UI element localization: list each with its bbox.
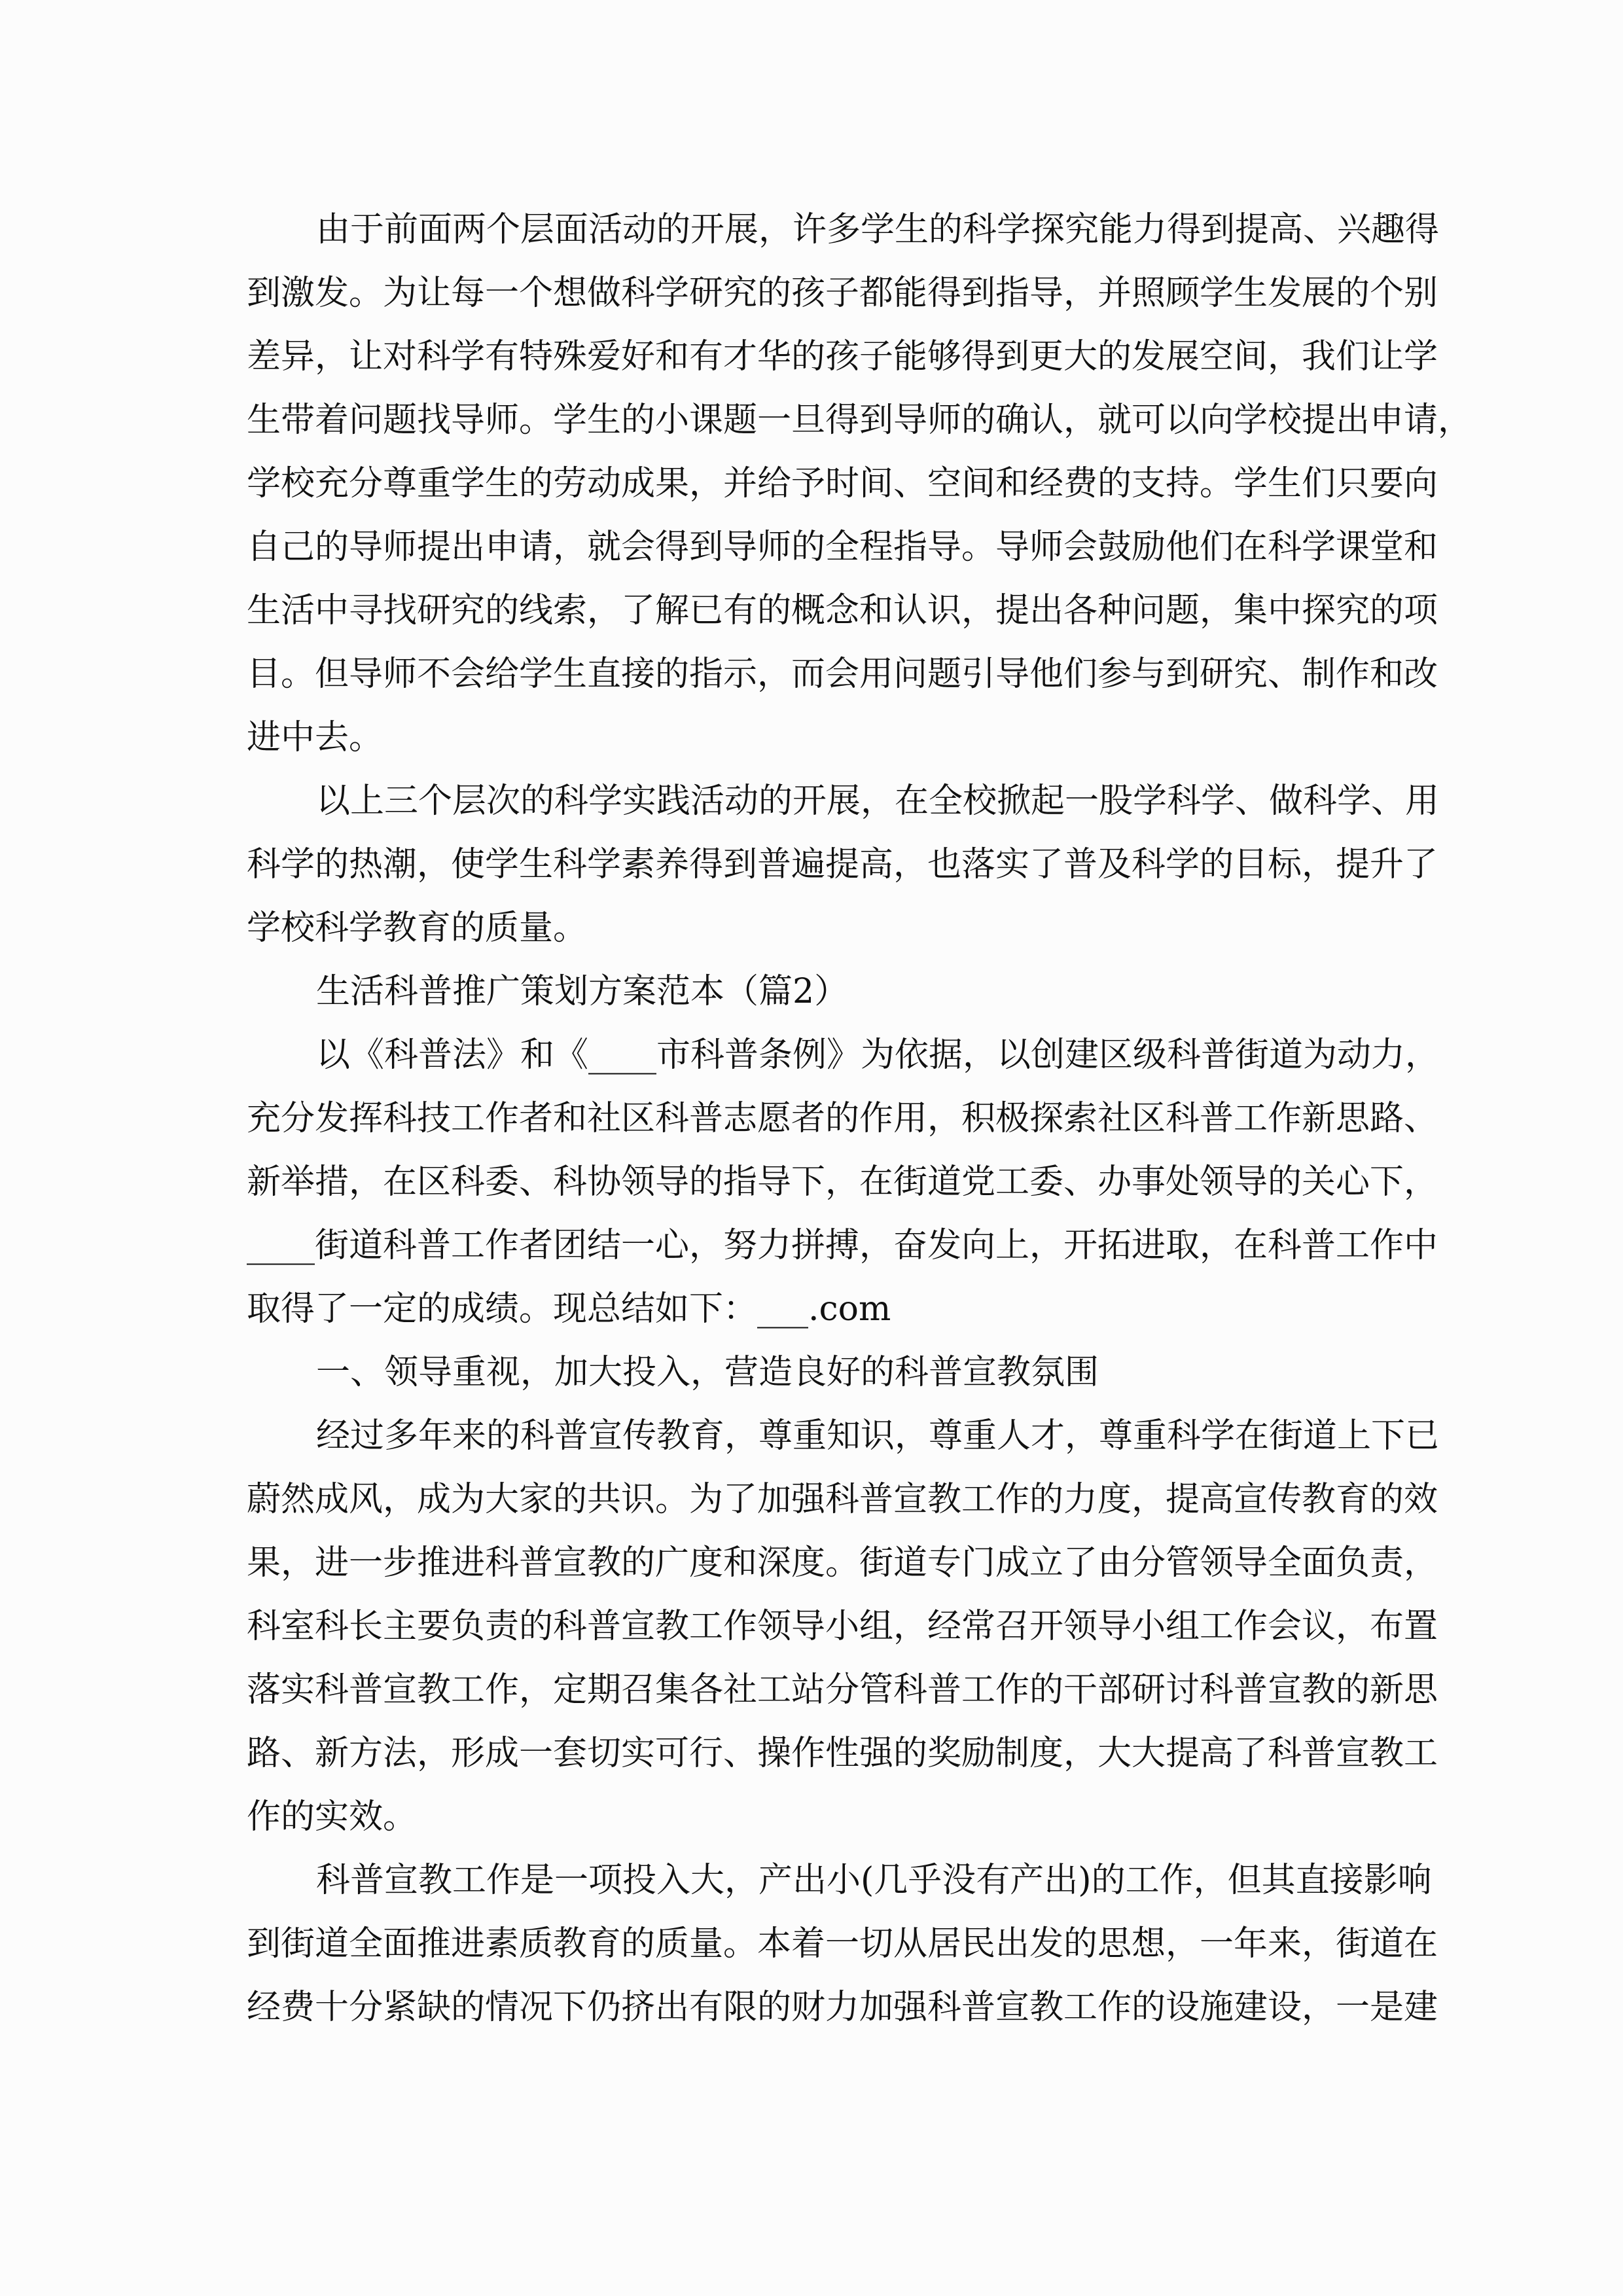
paragraph-intro-basis: 以《科普法》和《____市科普条例》为依据，以创建区级科普街道为动力， 充分发挥… xyxy=(247,1024,1379,1341)
section-heading-leadership: 一、领导重视，加大投入，营造良好的科普宣教氛围 xyxy=(247,1341,1379,1405)
section-heading-text: 一、领导重视，加大投入，营造良好的科普宣教氛围 xyxy=(247,1341,1379,1405)
text-line: 进中去。 xyxy=(247,706,1379,770)
text-line: 果，进一步推进科普宣教的广度和深度。街道专门成立了由分管领导全面负责， xyxy=(247,1532,1376,1595)
text-line: 生活中寻找研究的线索，了解已有的概念和认识，提出各种问题，集中探究的项 xyxy=(247,579,1376,643)
text-line: 落实科普宣教工作，定期召集各社工站分管科普工作的干部研讨科普宣教的新思 xyxy=(247,1659,1376,1722)
paragraph-three-levels-summary: 以上三个层次的科学实践活动的开展，在全校掀起一股学科学、做科学、用 科学的热潮，… xyxy=(247,770,1379,960)
text-line: 科普宣教工作是一项投入大，产出小(几乎没有产出)的工作，但其直接影响 xyxy=(247,1849,1376,1912)
text-line: 由于前面两个层面活动的开展，许多学生的科学探究能力得到提高、兴趣得 xyxy=(247,198,1376,262)
text-line: 取得了一定的成绩。现总结如下：___.com xyxy=(247,1278,1379,1341)
text-line: 经费十分紧缺的情况下仍挤出有限的财力加强科普宣教工作的设施建设，一是建 xyxy=(247,1976,1376,2039)
text-line: 作的实效。 xyxy=(247,1785,1379,1849)
text-line: 学校科学教育的质量。 xyxy=(247,897,1379,960)
text-line: 差异，让对科学有特殊爱好和有才华的孩子能够得到更大的发展空间，我们让学 xyxy=(247,325,1376,389)
article-title: 生活科普推广策划方案范本（篇2） xyxy=(247,960,1379,1024)
document-page: 由于前面两个层面活动的开展，许多学生的科学探究能力得到提高、兴趣得 到激发。为让… xyxy=(247,198,1379,2039)
text-line: 科学的热潮，使学生科学素养得到普遍提高，也落实了普及科学的目标，提升了 xyxy=(247,833,1376,897)
text-line: 充分发挥科技工作者和社区科普志愿者的作用，积极探索社区科普工作新思路、 xyxy=(247,1087,1376,1151)
text-line: 蔚然成风，成为大家的共识。为了加强科普宣教工作的力度，提高宣传教育的效 xyxy=(247,1468,1376,1532)
text-line: ____街道科普工作者团结一心，努力拼搏，奋发向上，开拓进取，在科普工作中 xyxy=(247,1214,1379,1278)
text-line: 路、新方法，形成一套切实可行、操作性强的奖励制度，大大提高了科普宣教工 xyxy=(247,1722,1376,1785)
text-line: 以《科普法》和《____市科普条例》为依据，以创建区级科普街道为动力， xyxy=(247,1024,1376,1087)
text-line: 生带着问题找导师。学生的小课题一旦得到导师的确认，就可以向学校提出申请， xyxy=(247,389,1376,452)
text-line: 到街道全面推进素质教育的质量。本着一切从居民出发的思想，一年来，街道在 xyxy=(247,1912,1376,1976)
paragraph-leadership-group: 经过多年来的科普宣传教育，尊重知识，尊重人才，尊重科学在街道上下已 蔚然成风，成… xyxy=(247,1405,1379,1849)
text-line: 学校充分尊重学生的劳动成果，并给予时间、空间和经费的支持。学生们只要向 xyxy=(247,452,1376,516)
text-line: 目。但导师不会给学生直接的指示，而会用问题引导他们参与到研究、制作和改 xyxy=(247,643,1376,706)
text-line: 到激发。为让每一个想做科学研究的孩子都能得到指导，并照顾学生发展的个别 xyxy=(247,262,1376,325)
article-title-text: 生活科普推广策划方案范本（篇2） xyxy=(247,960,1379,1024)
text-line: 新举措，在区科委、科协领导的指导下，在街道党工委、办事处领导的关心下， xyxy=(247,1151,1376,1214)
paragraph-tutor-guidance: 由于前面两个层面活动的开展，许多学生的科学探究能力得到提高、兴趣得 到激发。为让… xyxy=(247,198,1379,770)
text-line: 科室科长主要负责的科普宣教工作领导小组，经常召开领导小组工作会议，布置 xyxy=(247,1595,1376,1659)
text-line: 以上三个层次的科学实践活动的开展，在全校掀起一股学科学、做科学、用 xyxy=(247,770,1376,833)
paragraph-investment: 科普宣教工作是一项投入大，产出小(几乎没有产出)的工作，但其直接影响 到街道全面… xyxy=(247,1849,1379,2039)
text-line: 经过多年来的科普宣传教育，尊重知识，尊重人才，尊重科学在街道上下已 xyxy=(247,1405,1376,1468)
text-line: 自己的导师提出申请，就会得到导师的全程指导。导师会鼓励他们在科学课堂和 xyxy=(247,516,1376,579)
